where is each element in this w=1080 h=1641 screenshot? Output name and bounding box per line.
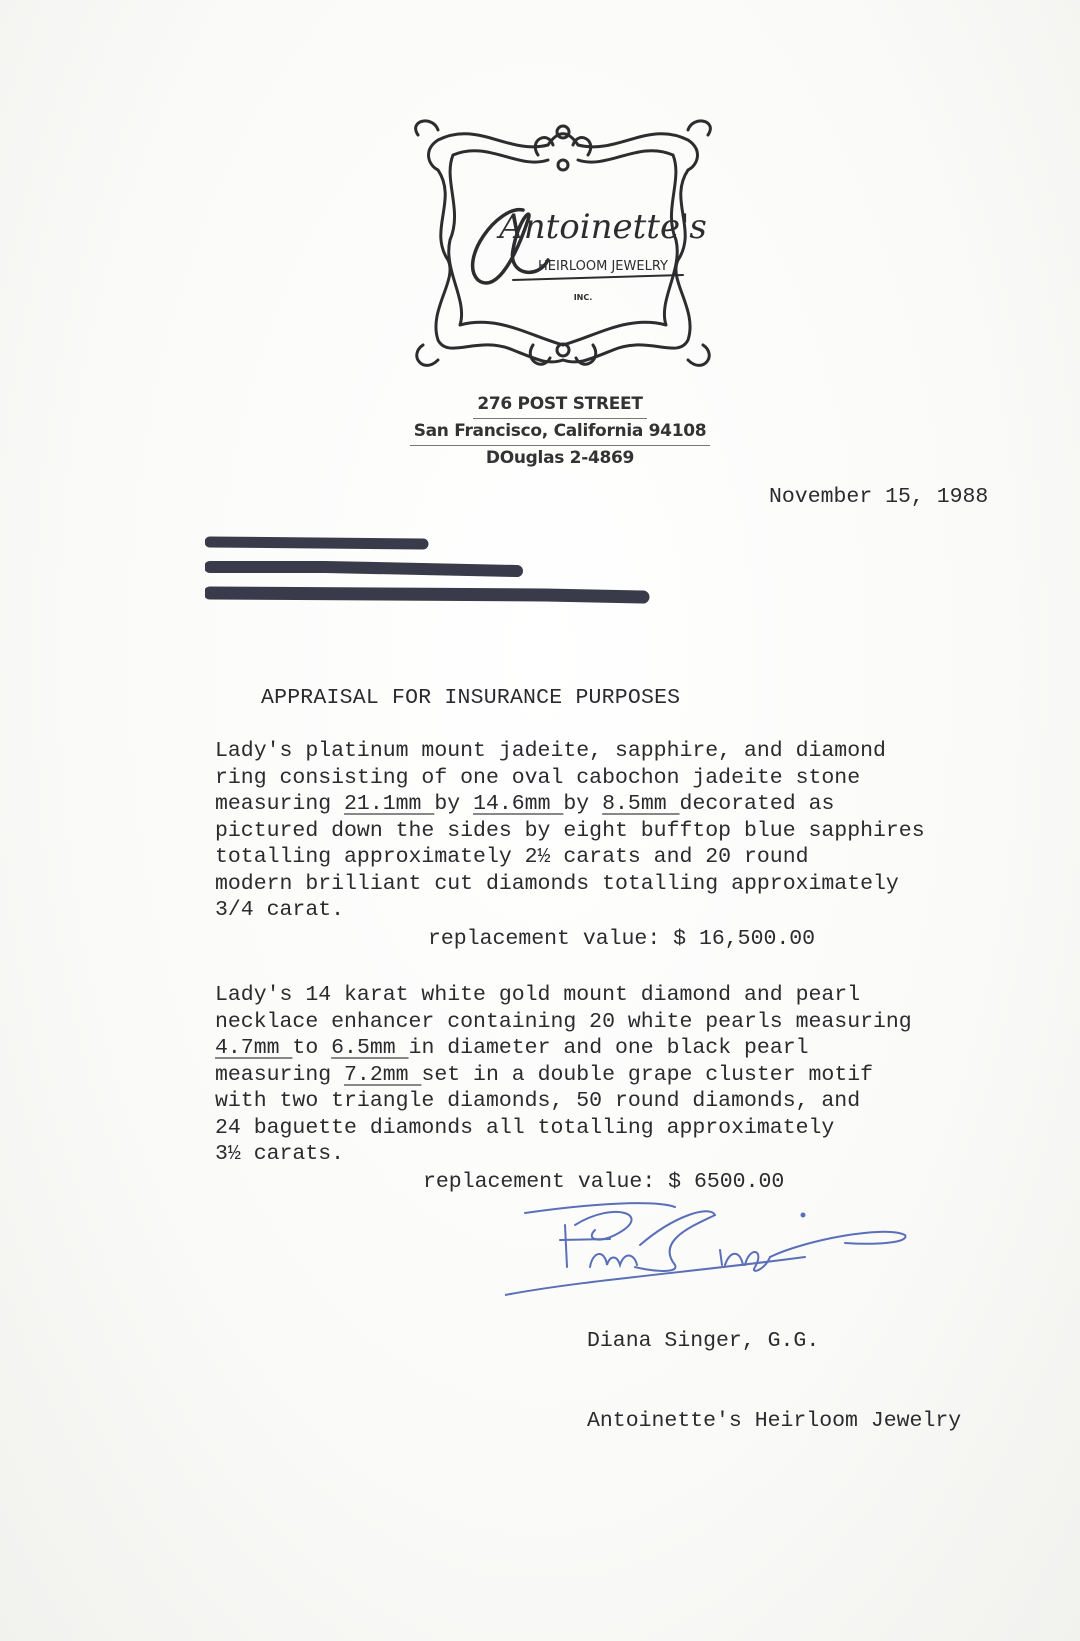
ornate-scroll-frame-icon: Antoinette's HEIRLOOM JEWELRY INC. (398, 110, 728, 380)
text-segment: with two triangle diamonds, 50 round dia… (215, 1089, 860, 1113)
description-line: with two triangle diamonds, 50 round dia… (215, 1088, 912, 1115)
text-segment: necklace enhancer containing 20 white pe… (215, 1010, 912, 1034)
description-line: 24 baguette diamonds all totalling appro… (215, 1115, 912, 1142)
text-segment: decorated as (680, 792, 835, 816)
replacement-value-ring: replacement value: $ 16,500.00 (428, 927, 815, 951)
signer-block: Diana Singer, G.G. Antoinette's Heirloom… (587, 1275, 961, 1487)
address-city: San Francisco, California 94108 (410, 419, 711, 446)
description-line: measuring 21.1mm by 14.6mm by 8.5mm deco… (215, 791, 925, 818)
appraisal-heading: APPRAISAL FOR INSURANCE PURPOSES (261, 686, 680, 710)
underlined-measurement: 21.1mm (344, 792, 434, 816)
underlined-measurement: 4.7mm (215, 1036, 292, 1060)
description-line: 4.7mm to 6.5mm in diameter and one black… (215, 1035, 912, 1062)
letterhead-address: 276 POST STREET San Francisco, Californi… (390, 392, 730, 471)
address-phone: DOuglas 2-4869 (390, 446, 730, 471)
text-segment: by (434, 792, 473, 816)
underlined-measurement: 7.2mm (344, 1063, 421, 1087)
signer-company: Antoinette's Heirloom Jewelry (587, 1408, 961, 1435)
text-segment: measuring (215, 1063, 344, 1087)
replacement-value-label: replacement value: (428, 927, 660, 951)
replacement-value-label: replacement value: (423, 1170, 655, 1194)
letterhead-logo: Antoinette's HEIRLOOM JEWELRY INC. (398, 110, 728, 380)
text-segment: pictured down the sides by eight bufftop… (215, 819, 925, 843)
text-segment: Lady's 14 karat white gold mount diamond… (215, 983, 860, 1007)
svg-text:INC.: INC. (574, 293, 593, 302)
text-segment: in diameter and one black pearl (409, 1036, 809, 1060)
appraisal-letter-page: Antoinette's HEIRLOOM JEWELRY INC. 276 P… (0, 0, 1080, 1641)
description-line: modern brilliant cut diamonds totalling … (215, 871, 925, 898)
text-segment: measuring (215, 792, 344, 816)
text-segment: 24 baguette diamonds all totalling appro… (215, 1116, 834, 1140)
text-segment: modern brilliant cut diamonds totalling … (215, 872, 899, 896)
item-description-ring: Lady's platinum mount jadeite, sapphire,… (215, 738, 925, 924)
replacement-value-amount: $ 6500.00 (668, 1170, 784, 1194)
underlined-measurement: 6.5mm (331, 1036, 408, 1060)
signer-name: Diana Singer, G.G. (587, 1328, 961, 1355)
description-line: Lady's platinum mount jadeite, sapphire,… (215, 738, 925, 765)
text-segment: 3½ carats. (215, 1142, 344, 1166)
underlined-measurement: 8.5mm (602, 792, 679, 816)
description-line: ring consisting of one oval cabochon jad… (215, 765, 925, 792)
text-segment: by (563, 792, 602, 816)
underlined-measurement: 14.6mm (473, 792, 563, 816)
description-line: 3½ carats. (215, 1141, 912, 1168)
description-line: Lady's 14 karat white gold mount diamond… (215, 982, 912, 1009)
text-segment: totalling approximately 2½ carats and 20… (215, 845, 809, 869)
text-segment: Lady's platinum mount jadeite, sapphire,… (215, 739, 886, 763)
text-segment: 3/4 carat. (215, 898, 344, 922)
svg-text:Antoinette's: Antoinette's (496, 207, 707, 247)
replacement-value-necklace-enhancer: replacement value: $ 6500.00 (423, 1170, 784, 1194)
description-line: necklace enhancer containing 20 white pe… (215, 1009, 912, 1036)
text-segment: set in a double grape cluster motif (421, 1063, 873, 1087)
address-street: 276 POST STREET (473, 392, 646, 419)
item-description-necklace-enhancer: Lady's 14 karat white gold mount diamond… (215, 982, 912, 1168)
letter-date: November 15, 1988 (769, 485, 988, 509)
description-line: totalling approximately 2½ carats and 20… (215, 844, 925, 871)
svg-text:HEIRLOOM JEWELRY: HEIRLOOM JEWELRY (538, 259, 668, 274)
description-line: 3/4 carat. (215, 897, 925, 924)
text-segment: to (292, 1036, 331, 1060)
redacted-recipient-address (205, 535, 665, 615)
replacement-value-amount: $ 16,500.00 (673, 927, 815, 951)
description-line: measuring 7.2mm set in a double grape cl… (215, 1062, 912, 1089)
description-line: pictured down the sides by eight bufftop… (215, 818, 925, 845)
text-segment: ring consisting of one oval cabochon jad… (215, 766, 860, 790)
